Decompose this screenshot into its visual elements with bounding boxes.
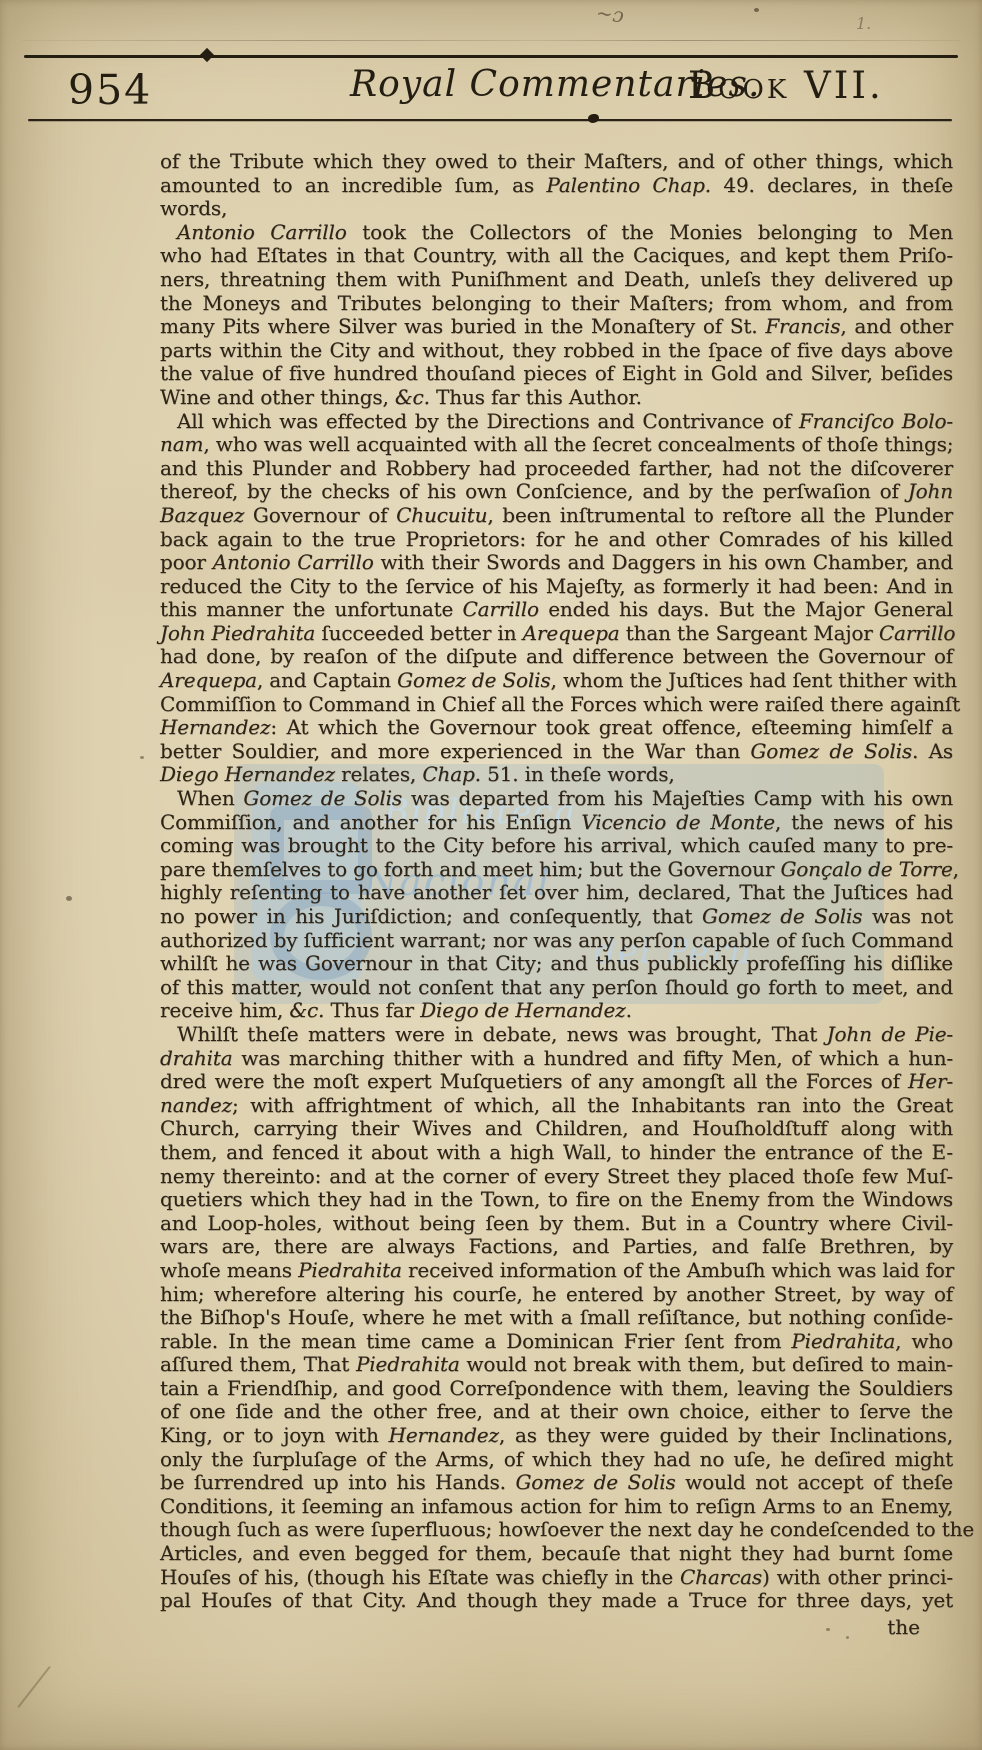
page-body-text: of the Tribute which they owed to their … <box>160 150 953 1613</box>
book-label: Book VII. <box>688 64 884 107</box>
ink-speck <box>754 8 759 12</box>
text-line: though ſuch as were ſuperfluous; howſoev… <box>160 1518 953 1542</box>
text-line: Commiſſion, and another for his Enſign V… <box>160 811 953 835</box>
text-line: wars are, there are always Factions, and… <box>160 1235 953 1259</box>
text-line: of the Tribute which they owed to their … <box>160 150 953 174</box>
text-line: amounted to an incredible ſum, as Palent… <box>160 174 953 198</box>
text-line: who had Eſtates in that Country, with al… <box>160 244 953 268</box>
text-line: Houſes of his, (though his Eſtate was ch… <box>160 1566 953 1590</box>
text-line: All which was effected by the Directions… <box>160 410 953 434</box>
catchword: the <box>160 1615 920 1639</box>
text-line: coming was brought to the City before hi… <box>160 834 953 858</box>
ink-speck <box>846 1636 849 1639</box>
text-line: pal Houſes of that City. And though they… <box>160 1589 953 1613</box>
text-line: King, or to joyn with Hernandez, as they… <box>160 1424 953 1448</box>
text-line: them, and fenced it about with a high Wa… <box>160 1141 953 1165</box>
text-line: whilſt he was Governour in that City; an… <box>160 952 953 976</box>
text-line: Whilſt theſe matters were in debate, new… <box>160 1023 953 1047</box>
text-line: and this Plunder and Robbery had proceed… <box>160 457 953 481</box>
text-line: back again to the true Proprietors: for … <box>160 528 953 552</box>
ink-speck <box>140 756 144 759</box>
text-line: only the ſurpluſage of the Arms, of whic… <box>160 1448 953 1472</box>
text-line: aſſured them, That Piedrahita would not … <box>160 1353 953 1377</box>
text-line: drahita was marching thither with a hund… <box>160 1047 953 1071</box>
handwritten-squiggle: ~ɔ <box>595 1 625 28</box>
text-line: Antonio Carrillo took the Collectors of … <box>160 221 953 245</box>
text-line: Commiſſion to Command in Chief all the F… <box>160 693 953 717</box>
page-number: 954 <box>68 66 152 114</box>
ink-blob <box>588 114 599 123</box>
text-line: ners, threatning them with Puniſhment an… <box>160 268 953 292</box>
text-line: When Gomez de Solis was departed from hi… <box>160 787 953 811</box>
text-line: no power in his Juriſdiction; and conſeq… <box>160 905 953 929</box>
header-rule-top <box>24 55 958 58</box>
text-line: Arequepa, and Captain Gomez de Solis, wh… <box>160 669 953 693</box>
text-line: receive him, &c. Thus far Diego de Herna… <box>160 999 953 1023</box>
text-line: many Pits where Silver was buried in the… <box>160 315 953 339</box>
text-line: him; wherefore altering his courſe, he e… <box>160 1283 953 1307</box>
text-line: Diego Hernandez relates, Chap. 51. in th… <box>160 763 953 787</box>
text-line: nam, who was well acquainted with all th… <box>160 433 953 457</box>
text-line: thereof, by the checks of his own Conſci… <box>160 480 953 504</box>
text-line: Church, carrying their Wives and Childre… <box>160 1117 953 1141</box>
ink-speck <box>420 1603 423 1606</box>
text-line: rable. In the mean time came a Dominican… <box>160 1330 953 1354</box>
text-line: Conditions, it ſeeming an infamous actio… <box>160 1495 953 1519</box>
header-rule-bottom <box>28 119 952 121</box>
text-line: pare themſelves to go forth and meet him… <box>160 858 953 882</box>
text-line: of one ſide and the other free, and at t… <box>160 1400 953 1424</box>
text-line: Articles, and even begged for them, beca… <box>160 1542 953 1566</box>
text-line: highly reſenting to have another ſet ove… <box>160 881 953 905</box>
text-line: dred were the moſt expert Muſquetiers of… <box>160 1070 953 1094</box>
text-line: Wine and other things, &c. Thus far this… <box>160 386 953 410</box>
text-line: words, <box>160 197 953 221</box>
text-line: whoſe means Piedrahita received informat… <box>160 1259 953 1283</box>
text-line: John Piedrahita ſucceeded better in Areq… <box>160 622 953 646</box>
ink-speck <box>66 896 72 901</box>
text-line: Hernandez: At which the Governour took g… <box>160 716 953 740</box>
ink-speck <box>826 1628 830 1631</box>
text-line: better Souldier, and more experienced in… <box>160 740 953 764</box>
text-line: quetiers which they had in the Town, to … <box>160 1188 953 1212</box>
text-line: nemy thereinto: and at the corner of eve… <box>160 1165 953 1189</box>
text-line: reduced the City to the ſervice of his M… <box>160 575 953 599</box>
text-line: the Moneys and Tributes belonging to the… <box>160 292 953 316</box>
text-line: the value of five hundred thouſand piece… <box>160 362 953 386</box>
text-line: poor Antonio Carrillo with their Swords … <box>160 551 953 575</box>
ink-speck <box>905 344 909 348</box>
book-page: ~ɔ 1. 954 Royal Commentaries. Book VII. … <box>0 0 982 1750</box>
text-line: and Loop-holes, without being ſeen by th… <box>160 1212 953 1236</box>
text-line: nandez; with affrightment of which, all … <box>160 1094 953 1118</box>
faint-numeral: 1. <box>856 14 871 33</box>
text-line: authorized by ſufficient warrant; nor wa… <box>160 929 953 953</box>
text-line: this manner the unfortunate Carrillo end… <box>160 598 953 622</box>
text-line: the Biſhop's Houſe, where he met with a … <box>160 1306 953 1330</box>
text-line: Bazquez Governour of Chucuitu, been inſt… <box>160 504 953 528</box>
text-line: parts within the City and without, they … <box>160 339 953 363</box>
text-line: of this matter, would not conſent that a… <box>160 976 953 1000</box>
text-line: tain a Friendſhip, and good Correſponden… <box>160 1377 953 1401</box>
pen-stroke <box>17 1666 51 1708</box>
rule-diamond-ornament <box>200 48 214 62</box>
text-line: had done, by reaſon of the diſpute and d… <box>160 645 953 669</box>
text-line: be ſurrendred up into his Hands. Gomez d… <box>160 1471 953 1495</box>
faint-hairline-rule <box>22 40 960 41</box>
